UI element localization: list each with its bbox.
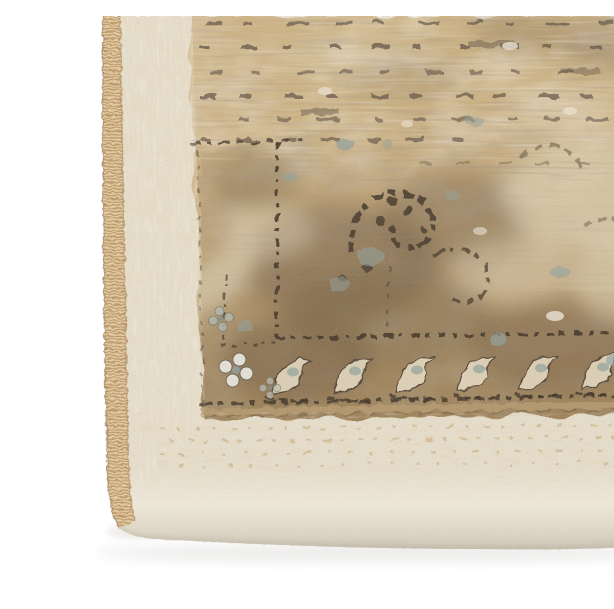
rug-photo-canvas — [40, 16, 614, 593]
rug-interior — [95, 16, 614, 556]
rug-photo — [40, 16, 614, 593]
